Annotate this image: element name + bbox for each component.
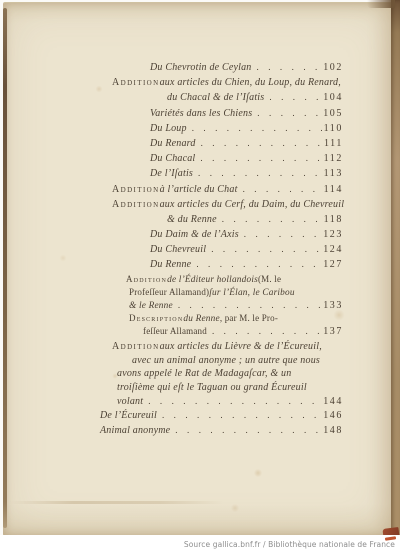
- toc-line: Du Daim & de l’Axis. . . . . . . . . . .…: [3, 227, 343, 242]
- book-page: Du Chevrotin de Ceylan. . . . . . . . . …: [3, 2, 393, 537]
- toc-entry-text: (M. le: [258, 273, 281, 286]
- page-number: 114: [324, 182, 343, 197]
- toc-entry-text: avec un animal anonyme ; un autre que no…: [132, 354, 320, 368]
- dot-leader: . . . . . . . . . . . . . . . . . . . . …: [193, 166, 324, 181]
- page-number: 133: [323, 299, 343, 312]
- dot-leader: . . . . . . . . . . . . . . . . . . . . …: [207, 325, 323, 338]
- toc-entry-text: du Chacal & de l’Iſatis: [167, 90, 264, 105]
- dot-leader: . . . . . . . . . . . . . . . . . . . . …: [252, 60, 324, 75]
- page-number: 113: [324, 166, 343, 181]
- toc-entry-text: , par M. le Pro-: [220, 312, 278, 325]
- toc-line: Description du Renne, par M. le Pro-: [3, 312, 343, 325]
- toc-line: Du Renard. . . . . . . . . . . . . . . .…: [3, 136, 343, 151]
- toc-line: Animal anonyme. . . . . . . . . . . . . …: [3, 423, 343, 438]
- toc-entry-text: Du Chevreuil: [150, 242, 206, 257]
- toc-line: feſſeur Allamand. . . . . . . . . . . . …: [3, 325, 343, 338]
- toc-line: & le Renne. . . . . . . . . . . . . . . …: [3, 299, 343, 312]
- toc-line: Du Loup. . . . . . . . . . . . . . . . .…: [3, 121, 343, 136]
- toc-line: volant. . . . . . . . . . . . . . . . . …: [3, 395, 343, 409]
- toc-entry-text: avons appelé le Rat de Madagaſcar, & un: [117, 367, 291, 381]
- dot-leader: . . . . . . . . . . . . . . . . . . . . …: [143, 395, 323, 409]
- page-number: 146: [323, 409, 343, 424]
- toc-entry-text: aux articles du Chien, du Loup, du Renar…: [160, 75, 341, 90]
- toc-entry-text: Du Renard: [150, 136, 196, 151]
- toc-entry-text: De l’Écureuil: [100, 409, 157, 424]
- dot-leader: . . . . . . . . . . . . . . . . . . . . …: [252, 106, 323, 121]
- page-number: 111: [324, 136, 343, 151]
- page-crease: [9, 501, 224, 504]
- toc-entry-text: Addition: [112, 75, 160, 90]
- toc-entry-text: Du Daim & de l’Axis: [150, 227, 239, 242]
- toc-entry-text: à l’article du Chat: [160, 182, 238, 197]
- toc-line: Du Chevrotin de Ceylan. . . . . . . . . …: [3, 60, 343, 75]
- page-number: 123: [323, 227, 343, 242]
- toc-line: De l’Iſatis. . . . . . . . . . . . . . .…: [3, 166, 343, 181]
- page-number: 104: [323, 90, 343, 105]
- toc-line: avons appelé le Rat de Madagaſcar, & un: [3, 367, 343, 381]
- toc-line: Addition aux articles du Chien, du Loup,…: [3, 75, 343, 90]
- toc-entry-text: De l’Iſatis: [150, 166, 193, 181]
- dot-leader: . . . . . . . . . . . . . . . . . . . . …: [217, 212, 324, 227]
- scanned-book-page: Du Chevrotin de Ceylan. . . . . . . . . …: [0, 0, 400, 552]
- toc-entry-text: Addition: [112, 197, 160, 212]
- toc-entry-text: Du Loup: [150, 121, 187, 136]
- toc-line: Du Renne. . . . . . . . . . . . . . . . …: [3, 257, 343, 272]
- page-number: 144: [323, 395, 343, 409]
- toc-line: avec un animal anonyme ; un autre que no…: [3, 354, 343, 368]
- page-number: 118: [324, 212, 343, 227]
- toc-line: Addition aux articles du Lièvre & de l’É…: [3, 339, 343, 354]
- toc-entry-text: Addition: [126, 273, 167, 286]
- toc-entry-text: Du Renne: [150, 257, 191, 272]
- dot-leader: . . . . . . . . . . . . . . . . . . . . …: [239, 227, 323, 242]
- page-number: 124: [323, 242, 343, 257]
- toc-line: & du Renne. . . . . . . . . . . . . . . …: [3, 212, 343, 227]
- dot-leader: . . . . . . . . . . . . . . . . . . . . …: [173, 299, 323, 312]
- toc-line: Addition de l’Éditeur hollandois (M. le: [3, 273, 343, 286]
- toc-line: troiſième qui eſt le Taguan ou grand Écu…: [3, 381, 343, 395]
- toc-list: Du Chevrotin de Ceylan. . . . . . . . . …: [3, 60, 343, 437]
- toc-line: Addition aux articles du Cerf, du Daim, …: [3, 197, 343, 212]
- toc-line: du Chacal & de l’Iſatis. . . . . . . . .…: [3, 90, 343, 105]
- toc-entry-text: Description: [129, 312, 183, 325]
- dot-leader: . . . . . . . . . . . . . . . . . . . . …: [196, 136, 324, 151]
- dot-leader: . . . . . . . . . . . . . . . . . . . . …: [264, 90, 323, 105]
- toc-line: Addition à l’article du Chat. . . . . . …: [3, 182, 343, 197]
- toc-entry-text: Variétés dans les Chiens: [150, 106, 252, 121]
- toc-entry-text: aux articles du Cerf, du Daim, du Chevre…: [160, 197, 345, 212]
- toc-entry-text: Profeſſeur Allamand): [129, 286, 209, 299]
- dot-leader: . . . . . . . . . . . . . . . . . . . . …: [238, 182, 324, 197]
- toc-line: Variétés dans les Chiens. . . . . . . . …: [3, 106, 343, 121]
- dot-leader: . . . . . . . . . . . . . . . . . . . . …: [206, 242, 323, 257]
- page-number: 148: [323, 424, 343, 439]
- page-number: 127: [323, 257, 343, 272]
- toc-entry-text: Du Chevrotin de Ceylan: [150, 60, 252, 75]
- toc-line: Profeſſeur Allamand) ſur l’Élan, le Cari…: [3, 286, 343, 299]
- toc-entry-text: Du Chacal: [150, 151, 195, 166]
- dot-leader: . . . . . . . . . . . . . . . . . . . . …: [170, 423, 323, 438]
- toc-entry-text: Animal anonyme: [100, 424, 170, 439]
- toc-entry-text: volant: [117, 395, 143, 409]
- attribution-text: Source gallica.bnf.fr / Bibliothèque nat…: [184, 540, 395, 549]
- toc-entry-text: Addition: [112, 182, 160, 197]
- dot-leader: . . . . . . . . . . . . . . . . . . . . …: [157, 408, 323, 423]
- page-number: 110: [324, 121, 343, 136]
- toc-line: De l’Écureuil. . . . . . . . . . . . . .…: [3, 408, 343, 423]
- page-number: 102: [323, 60, 343, 75]
- toc-entry-text: Addition: [112, 339, 160, 354]
- dot-leader: . . . . . . . . . . . . . . . . . . . . …: [195, 151, 323, 166]
- toc-entry-text: feſſeur Allamand: [143, 325, 207, 338]
- toc-entry-text: & du Renne: [167, 212, 217, 227]
- dot-leader: . . . . . . . . . . . . . . . . . . . . …: [191, 257, 323, 272]
- page-number: 105: [323, 106, 343, 121]
- toc-line: Du Chacal. . . . . . . . . . . . . . . .…: [3, 151, 343, 166]
- page-number: 137: [323, 325, 343, 338]
- toc-line: Du Chevreuil. . . . . . . . . . . . . . …: [3, 242, 343, 257]
- page-left-edge: [3, 8, 7, 528]
- attribution-bar: Source gallica.bnf.fr / Bibliothèque nat…: [0, 535, 400, 552]
- toc-entry-text: aux articles du Lièvre & de l’Écureuil,: [160, 339, 322, 354]
- binding-top-shadow: [367, 0, 395, 8]
- toc-entry-text: troiſième qui eſt le Taguan ou grand Écu…: [117, 381, 307, 395]
- page-number: 112: [324, 151, 343, 166]
- book-binding: [391, 0, 400, 541]
- dot-leader: . . . . . . . . . . . . . . . . . . . . …: [187, 121, 324, 136]
